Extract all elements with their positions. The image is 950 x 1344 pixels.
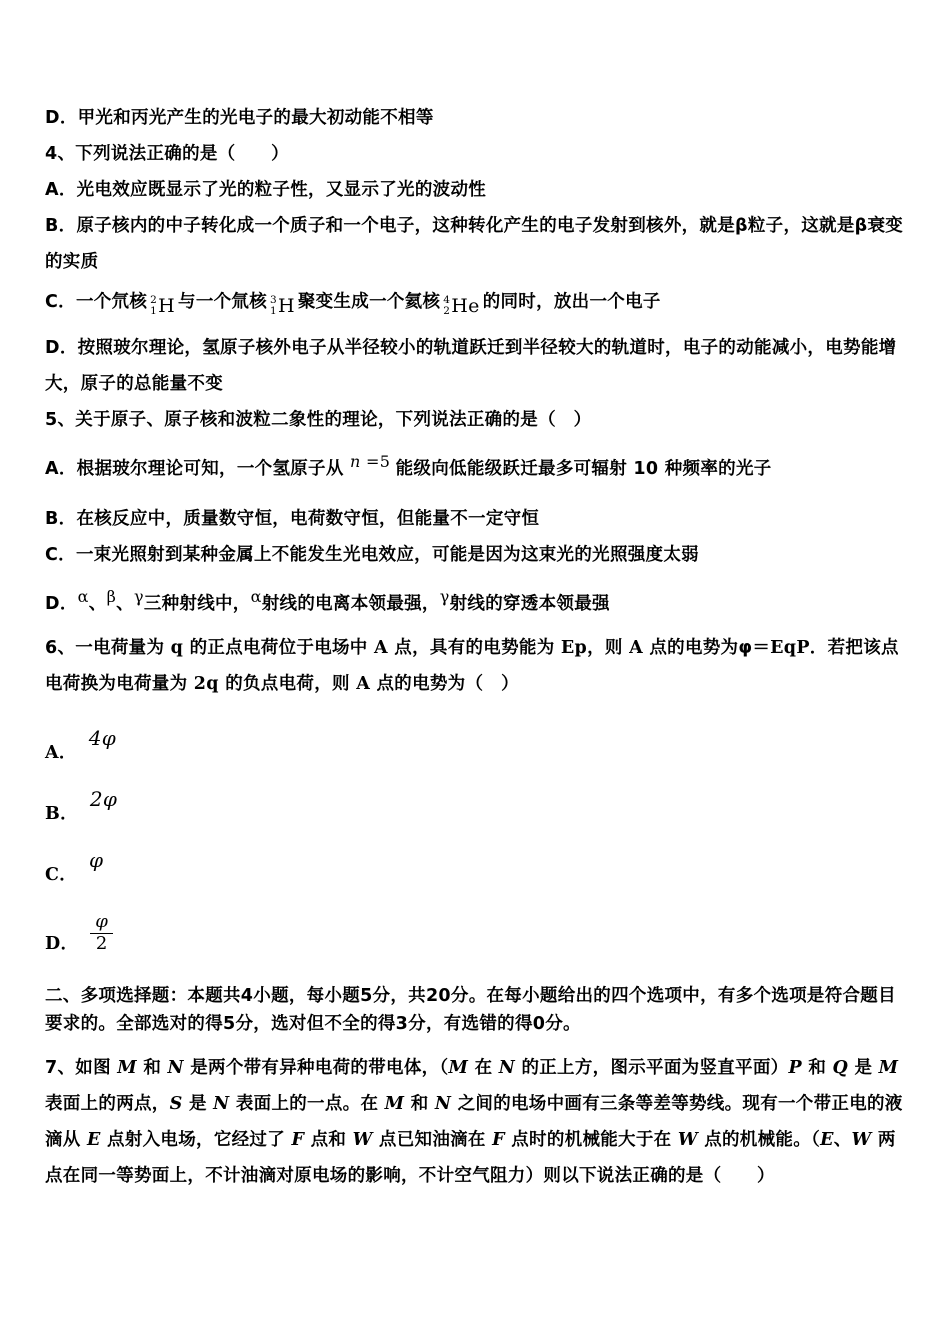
question-5-option-d: D．α、β、γ三种射线中，α射线的电离本领最强，γ射线的穿透本领最强: [45, 579, 908, 622]
nuclide-notation: 42He: [443, 295, 479, 317]
question-5-option-c: C．一束光照射到某种金属上不能发生光电效应，可能是因为这束光的光照强度太弱: [45, 537, 908, 573]
option-label: C．: [45, 865, 77, 885]
section-2-header: 二、多项选择题：本题共4小题，每小题5分，共20分。在每小题给出的四个选项中，有…: [45, 982, 908, 1038]
fraction-numerator: φ: [90, 912, 113, 934]
question-3-option-d: D．甲光和丙光产生的光电子的最大初动能不相等: [45, 100, 908, 136]
question-4-option-d: D．按照玻尔理论，氢原子核外电子从半径较小的轨道跃迁到半径较大的轨道时，电子的动…: [45, 330, 908, 402]
option-expression: 2φ: [90, 789, 117, 809]
nuclide-notation: 31H: [270, 295, 295, 317]
option-label: A．: [45, 743, 77, 763]
question-5-option-b: B．在核反应中，质量数守恒，电荷数守恒，但能量不一定守恒: [45, 501, 908, 537]
question-5-option-a: A．根据玻尔理论可知，一个氢原子从 n =5 能级向低能级跃迁最多可辐射 10 …: [45, 444, 908, 487]
exam-page: D．甲光和丙光产生的光电子的最大初动能不相等 4、下列说法正确的是（ ） A．光…: [0, 0, 950, 1344]
question-4-stem: 4、下列说法正确的是（ ）: [45, 136, 908, 172]
option-expression: 4φ: [89, 728, 116, 748]
question-4-option-b: B．原子核内的中子转化成一个质子和一个电子，这种转化产生的电子发射到核外，就是β…: [45, 208, 908, 280]
question-7-stem: 7、如图 M 和 N 是两个带有异种电荷的带电体，（M 在 N 的正上方，图示平…: [45, 1050, 908, 1194]
question-6-option-d: D． φ 2: [45, 906, 908, 954]
question-6-stem: 6、一电荷量为 q 的正点电荷位于电场中 A 点，具有的电势能为 Ep，则 A …: [45, 630, 908, 702]
nuclide-notation: 21H: [150, 295, 175, 317]
fraction-denominator: 2: [96, 934, 108, 954]
question-4-option-a: A．光电效应既显示了光的粒子性，又显示了光的波动性: [45, 172, 908, 208]
question-4-option-c: C．一个氘核21H与一个氚核31H聚变生成一个氦核42He的同时，放出一个电子: [45, 284, 908, 320]
option-label: D．: [45, 934, 78, 954]
fraction-expression: φ 2: [90, 912, 113, 954]
option-label: B．: [45, 804, 78, 824]
option-expression: φ: [89, 850, 103, 870]
question-6-option-b: B． 2φ: [45, 784, 908, 824]
question-6-option-a: A． 4φ: [45, 723, 908, 763]
question-5-stem: 5、关于原子、原子核和波粒二象性的理论，下列说法正确的是（ ）: [45, 402, 908, 438]
question-6-option-c: C． φ: [45, 845, 908, 885]
